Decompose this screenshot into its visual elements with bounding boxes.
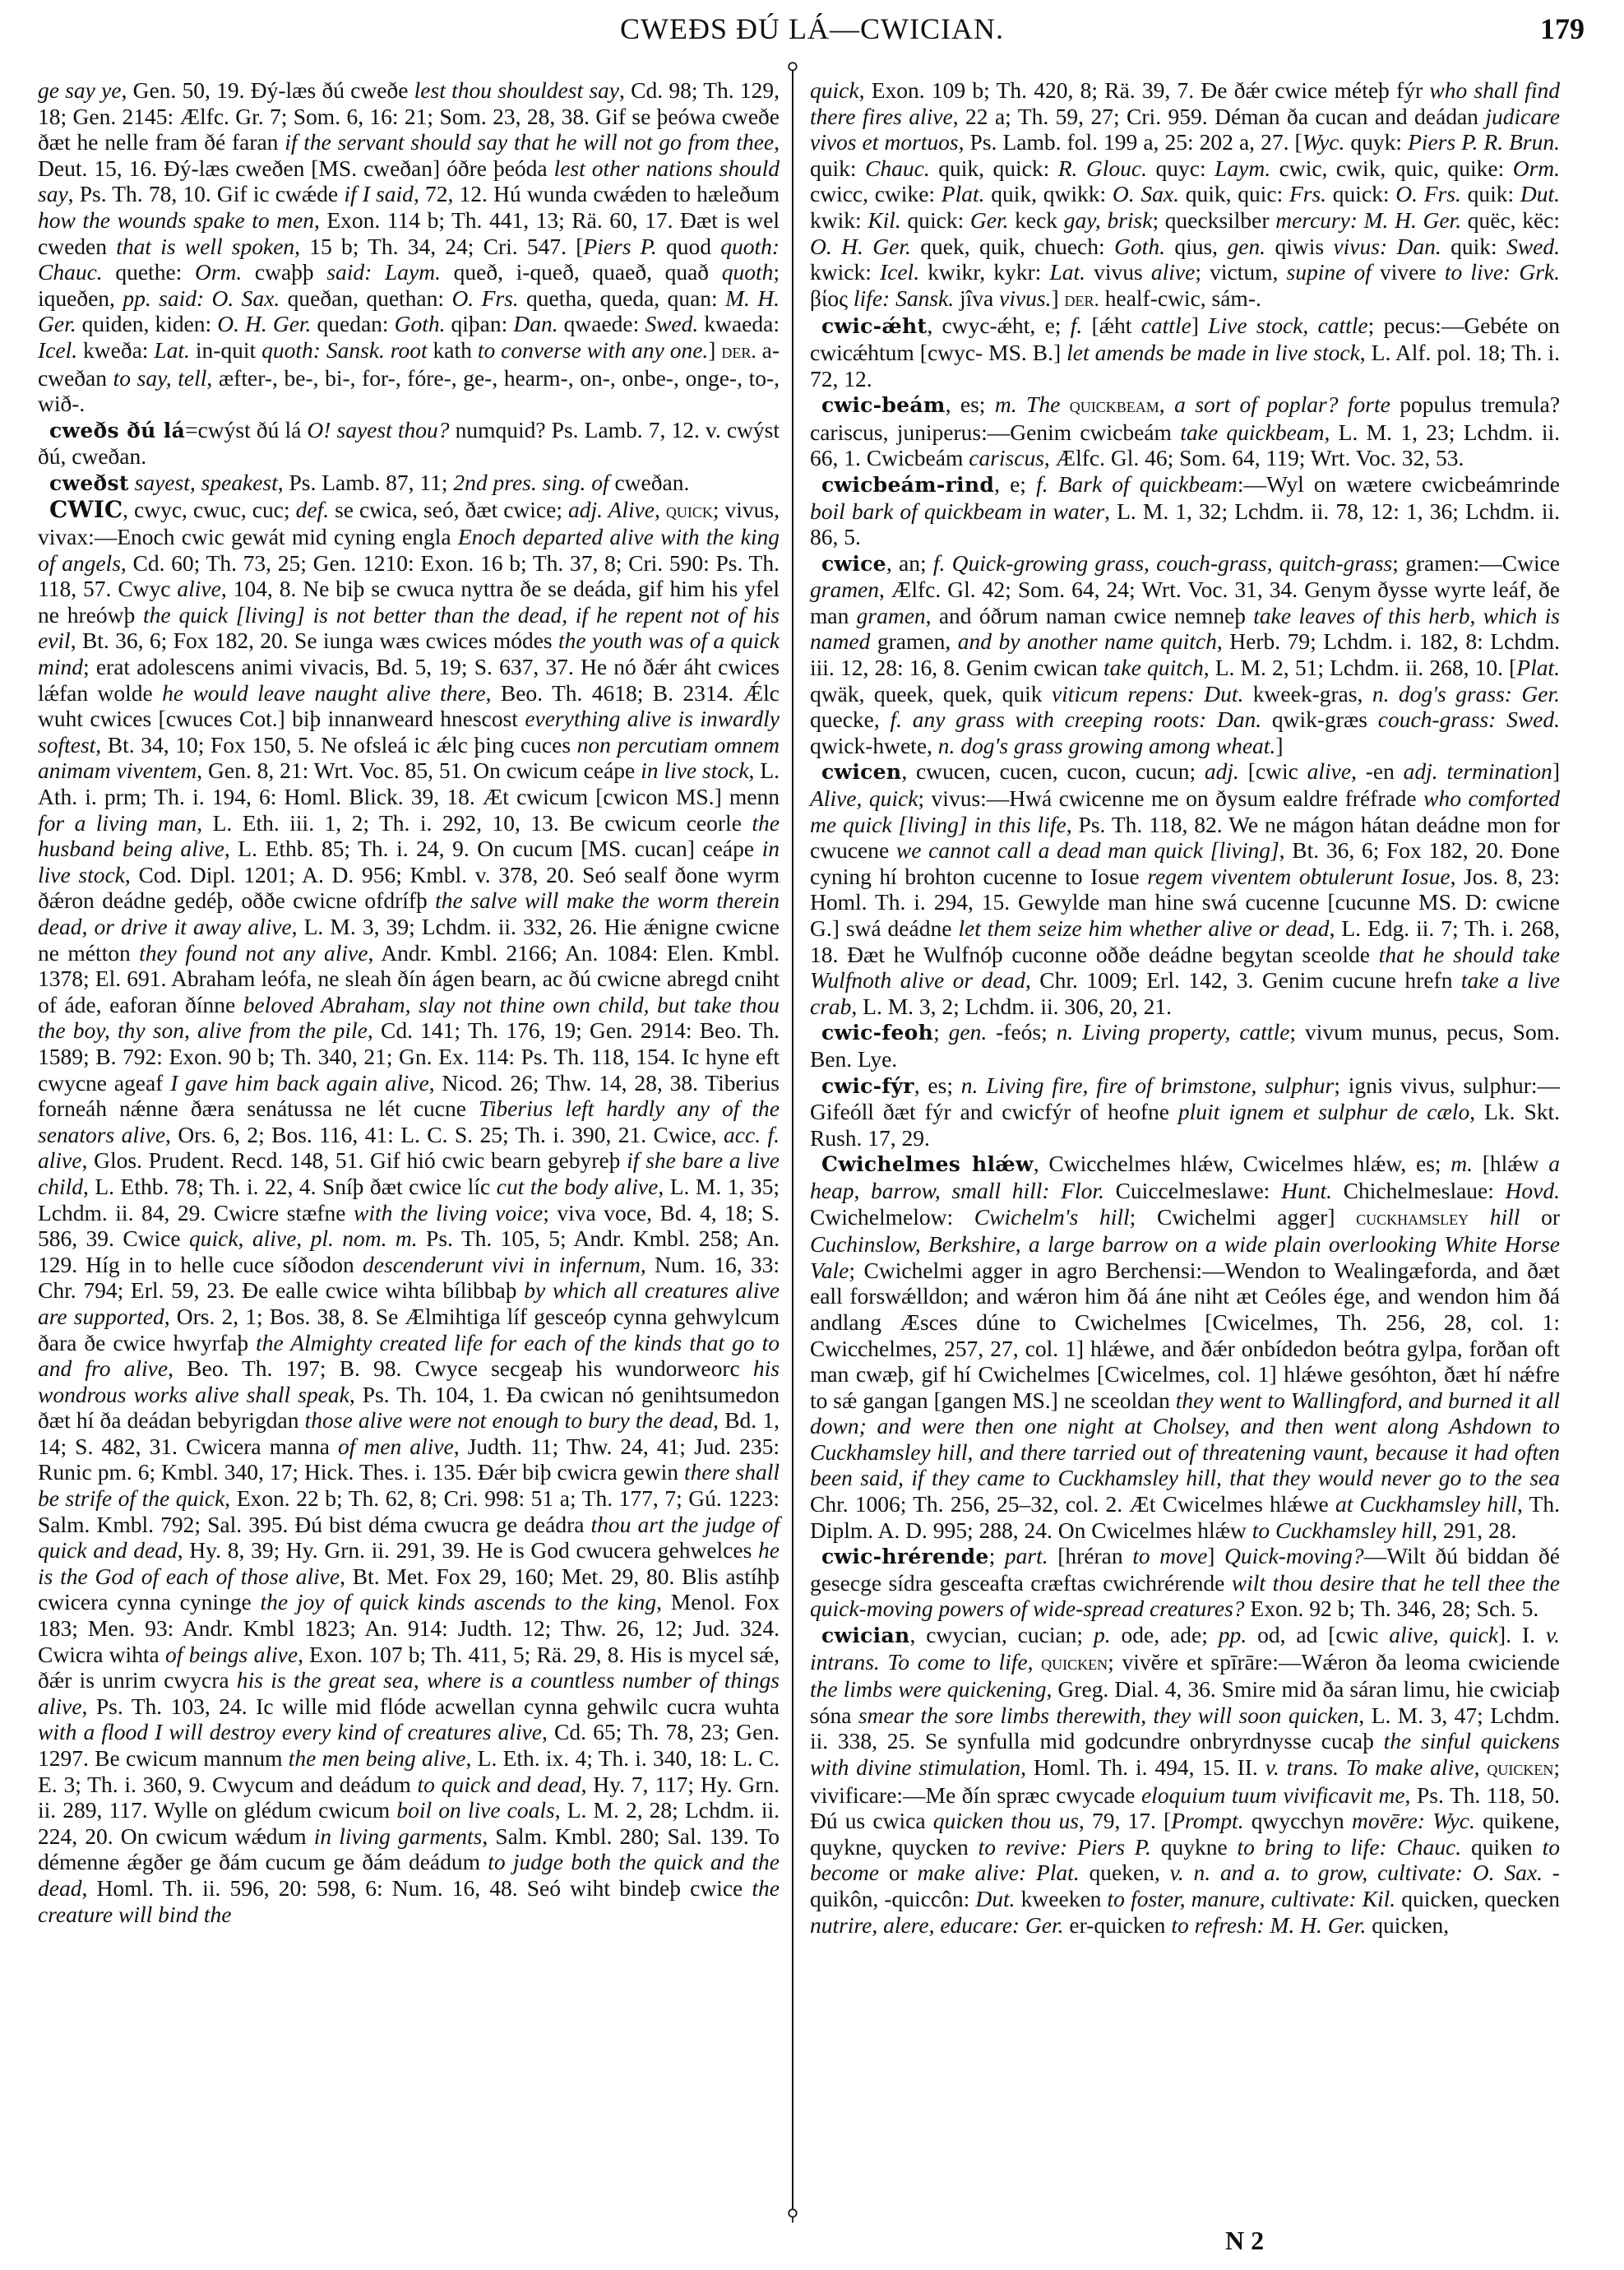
entry-text: let them seize him whether alive or dead — [958, 915, 1329, 941]
entry-text: hill — [1490, 1204, 1520, 1230]
entry-text: alive — [1151, 259, 1195, 285]
entry-text: kweek-gras, — [1243, 681, 1372, 706]
entry-text: cariscus — [969, 445, 1044, 470]
entry-text — [660, 497, 666, 522]
entry-text: βίος — [810, 285, 854, 311]
entry-text: Quick-moving? — [1224, 1543, 1364, 1568]
entry-headword: cwic-feoh — [821, 1021, 933, 1045]
entry-text: keck — [1008, 207, 1063, 233]
dictionary-entry: cweðst sayest, speakest, Ps. Lamb. 87, 1… — [38, 470, 780, 497]
entry-headword: cwic-fýr — [821, 1074, 914, 1098]
entry-text: quek, quik, chuech: — [911, 234, 1114, 259]
entry-text: Swed. — [645, 311, 698, 336]
entry-text: qiwis — [1265, 234, 1333, 259]
entry-text: , Beo. Th. 197; B. 98. Cwyce secgeaþ his… — [168, 1355, 753, 1381]
entry-text: quykne — [1151, 1834, 1238, 1860]
entry-text: , L. Eth. iii. 1, 2; Th. i. 292, 10, 13.… — [197, 810, 752, 836]
entry-text: v. n. and a. to grow, cultivate: O. Sax. — [1170, 1860, 1543, 1885]
entry-text: p. — [1094, 1622, 1111, 1647]
entry-text: , Homl. Th. ii. 596, 20: 598, 6: Num. 16… — [81, 1875, 752, 1901]
entry-headword: CWIC — [49, 496, 123, 523]
page-number: 179 — [1540, 12, 1585, 46]
entry-headword: cwician — [821, 1624, 909, 1647]
entry-text: , and óðrum naman cwice nemneþ — [926, 603, 1254, 628]
entry-text: , Gen. 50, 19. Ðý-læs ðú cweðe — [122, 77, 414, 103]
entry-text: Plat. — [942, 181, 985, 206]
entry-text: ] — [1052, 285, 1065, 311]
entry-text: [hlǽw — [1473, 1151, 1548, 1176]
entry-text: they found not any alive — [139, 940, 368, 966]
entry-text — [1033, 1649, 1041, 1675]
dictionary-entry: cwice, an; f. Quick-growing grass, couch… — [810, 550, 1560, 759]
entry-text: ; quecksilber — [1152, 207, 1275, 233]
entry-text: ; — [989, 1543, 1005, 1568]
entry-text: of men alive — [338, 1434, 454, 1459]
entry-headword: cwice — [821, 552, 886, 576]
entry-text: quick — [666, 499, 713, 522]
entry-text: f. any grass with creeping roots: Dan. — [890, 706, 1261, 732]
entry-text: vivus. — [999, 285, 1051, 311]
entry-text: quicken thou us — [933, 1808, 1079, 1833]
entry-text: gen. — [949, 1019, 988, 1045]
entry-text: , Ps. Th. 103, 24. Ic wille mid flóde ac… — [81, 1693, 780, 1719]
entry-text: ; gramen:—Cwice — [1392, 550, 1560, 576]
entry-text: , 72, 12. Hú wunda cwǽden to hæleðum — [414, 181, 780, 206]
entry-text: ] — [1191, 313, 1208, 338]
entry-text: quiden, kiden: — [76, 311, 218, 336]
dictionary-entry: cwic-beám, es; m. The quickbeam, a sort … — [810, 391, 1560, 471]
entry-text: Icel. — [880, 259, 919, 285]
column-rule-bottom-ornament-icon: ⚲ — [784, 2207, 801, 2227]
entry-text: , Ælfc. Gl. 46; Som. 64, 119; Wrt. Voc. … — [1044, 445, 1464, 470]
entry-text: Icel. — [38, 337, 77, 363]
entry-text: Lat. — [154, 337, 190, 363]
entry-text: gen. — [1227, 234, 1265, 259]
dictionary-entry: cwicbeám-rind, e; f. Bark of quickbeam:—… — [810, 471, 1560, 550]
entry-text: qwick-hwete, — [810, 733, 938, 758]
entry-text: alive — [177, 576, 220, 601]
entry-text: qwaede: — [558, 311, 645, 336]
entry-text: quik: — [810, 155, 865, 181]
entry-text: Exon. 92 b; Th. 346, 28; Sch. 5. — [1245, 1596, 1539, 1621]
entry-text: kath — [428, 337, 478, 363]
right-column: quick, Exon. 109 b; Th. 420, 8; Rä. 39, … — [810, 77, 1560, 1938]
entry-text: O! sayest thou? — [307, 417, 449, 442]
entry-text: pp. said: O. Sax. — [123, 285, 280, 311]
entry-text: Dut. — [1520, 181, 1560, 206]
entry-text: gramen — [857, 603, 926, 628]
entry-text: quoth — [722, 259, 774, 285]
entry-text: vivus: Dan. — [1333, 234, 1441, 259]
entry-text: vivere — [1372, 259, 1445, 285]
entry-text: at Cuckhamsley hill — [1335, 1491, 1517, 1517]
entry-text: quicken, quecken — [1395, 1886, 1560, 1911]
entry-headword: cwic-beám — [821, 393, 946, 417]
entry-text: od, ad [cwic — [1247, 1622, 1389, 1647]
entry-text: quick: — [1326, 181, 1395, 206]
entry-text: , an; — [886, 550, 933, 576]
entry-text: quecke, — [810, 706, 890, 732]
entry-text: adj. Alive, — [568, 497, 660, 522]
entry-text: quik, quick: — [930, 155, 1058, 181]
dictionary-entry: quick, Exon. 109 b; Th. 420, 8; Rä. 39, … — [810, 77, 1560, 313]
entry-text: Wyc. — [1302, 129, 1345, 155]
entry-text: -feós; — [987, 1019, 1056, 1045]
entry-text: vivus — [1085, 259, 1151, 285]
entry-text: Alive, quick — [810, 785, 918, 811]
entry-text: ] — [1207, 1543, 1224, 1568]
entry-text: R. Glouc. — [1058, 155, 1147, 181]
entry-text: , es; — [914, 1072, 961, 1098]
entry-text: quyk: — [1344, 129, 1408, 155]
page-header: CWEÐS ÐÚ LÁ—CWICIAN. 179 — [0, 12, 1624, 53]
entry-text: Swed. — [1506, 234, 1560, 259]
entry-text: said: Laym. — [326, 259, 441, 285]
entry-text: Lat. — [1049, 259, 1085, 285]
entry-text: boil bark of quickbeam in water — [810, 498, 1104, 524]
entry-text: er-quicken — [1064, 1912, 1172, 1938]
entry-text: Prompt. — [1171, 1808, 1243, 1833]
entry-text: how the wounds spake to men — [38, 207, 314, 233]
entry-text: gramen, — [870, 628, 957, 654]
entry-text: def. — [296, 497, 329, 522]
entry-text: ; — [933, 1019, 949, 1045]
entry-text: :—Wyl on wætere cwicbeámrinde — [1238, 471, 1560, 497]
entry-text: ] — [708, 337, 721, 363]
entry-text: with the living voice — [354, 1200, 543, 1225]
entry-text: make alive: Plat. — [918, 1860, 1080, 1885]
entry-text: ] — [1275, 733, 1283, 758]
entry-text: to bring to life: Chauc. — [1238, 1834, 1462, 1860]
entry-text: ] — [1552, 758, 1560, 784]
entry-text: der. — [1065, 288, 1099, 311]
entry-text: quiken — [1461, 1834, 1542, 1860]
entry-text: , cwucen, cucen, cucon, cucun; — [901, 758, 1205, 784]
entry-text: he would leave naught alive there — [162, 680, 486, 706]
entry-text: gramen — [810, 577, 879, 602]
entry-text: to quick and dead — [418, 1772, 581, 1797]
entry-text: quëc, këc: — [1461, 207, 1560, 233]
entry-text: cut the body alive — [497, 1174, 659, 1199]
entry-text: kwaeda: — [698, 311, 780, 336]
entry-text: v. trans. To make alive, — [1265, 1754, 1480, 1780]
entry-text: quick: — [901, 207, 970, 233]
entry-text: ; Cwichelmi agger] — [1130, 1204, 1356, 1230]
running-head: CWEÐS ÐÚ LÁ—CWICIAN. — [0, 12, 1624, 46]
dictionary-entry: cwic-fýr, es; n. Living fire, fire of br… — [810, 1072, 1560, 1151]
entry-text: Hunt. — [1281, 1178, 1332, 1203]
entry-text — [129, 470, 135, 495]
entry-headword: cweðs ðú lá — [49, 419, 185, 442]
entry-text: =cwýst ðú lá — [185, 417, 307, 442]
entry-text: , Gen. 8, 21: Wrt. Voc. 85, 51. On cwicu… — [197, 757, 641, 783]
entry-text: qiþan: — [445, 311, 513, 336]
dictionary-entry: cwician, cwycian, cucian; p. ode, ade; p… — [810, 1622, 1560, 1938]
entry-text: , Cwicchelmes hlǽw, Cwicelmes hlǽw, es; — [1034, 1151, 1451, 1176]
entry-text: alive — [1307, 758, 1351, 784]
entry-text: quicken, — [1366, 1912, 1449, 1938]
entry-text: [hréran — [1048, 1543, 1133, 1568]
entry-text: n. dog's grass growing among wheat. — [938, 733, 1276, 758]
entry-text: O. Sax. — [1113, 181, 1179, 206]
entry-text: Plat. — [1516, 655, 1560, 680]
entry-text: quedan: — [311, 311, 394, 336]
entry-text: f. — [1071, 313, 1083, 338]
entry-text: Cuiccelmeslawe: — [1104, 1178, 1281, 1203]
entry-text: qwäk, queek, quek, quik — [810, 681, 1052, 706]
entry-text: to Cuckhamsley hill — [1252, 1517, 1432, 1543]
dictionary-entry: cweðs ðú lá=cwýst ðú lá O! sayest thou? … — [38, 417, 780, 470]
entry-headword: cwic-ǽht — [821, 314, 927, 338]
entry-text: qius, — [1165, 234, 1228, 259]
entry-text: Ger. — [970, 207, 1009, 233]
entry-text: smear the sore limbs therewith, they wil… — [858, 1702, 1359, 1728]
entry-text: pp. — [1219, 1622, 1247, 1647]
entry-text: quik: — [1441, 234, 1506, 259]
entry-text: pluit ignem et sulphur de cælo — [1178, 1099, 1469, 1124]
entry-text: quickbeam — [1070, 394, 1159, 417]
entry-text: Kil. — [868, 207, 901, 233]
entry-text: Dan. — [513, 311, 558, 336]
entry-text: regem viventem obtulerunt Iosue — [1147, 864, 1450, 889]
entry-text: , e; — [994, 471, 1036, 497]
entry-text: eloquium tuum vivificavit me — [1141, 1782, 1405, 1808]
column-divider — [792, 71, 793, 2209]
entry-text: cuckhamsley — [1356, 1207, 1469, 1230]
entry-text: take quickbeam — [1180, 419, 1324, 445]
entry-text: Hovd. — [1506, 1178, 1560, 1203]
entry-text: to foster, manure, cultivate: Kil. — [1108, 1886, 1396, 1911]
entry-text: quethe: — [103, 259, 195, 285]
entry-text: Goth. — [1114, 234, 1165, 259]
entry-text: quik, quic: — [1179, 181, 1289, 206]
entry-text: Chauc. — [865, 155, 930, 181]
entry-text: quick — [810, 77, 859, 103]
entry-text: Cwichelm's hill — [974, 1204, 1130, 1230]
entry-text: [ǽht — [1082, 313, 1141, 338]
entry-text: , Ps. Th. 78, 10. Gif ic cwǽde — [68, 181, 345, 206]
entry-text: , cwyc-ǽht, e; — [927, 313, 1070, 338]
entry-text: to revive: Piers P. — [979, 1834, 1151, 1860]
entry-text: , 79, 17. [ — [1079, 1808, 1171, 1833]
entry-text: supine of — [1287, 259, 1372, 285]
dictionary-entry: cwic-feoh; gen. -feós; n. Living propert… — [810, 1019, 1560, 1072]
entry-text: , Bt. 36, 6; Fox 182, 20. Se iunga wæs c… — [71, 628, 558, 653]
entry-text: der. — [721, 340, 756, 363]
entry-text: Dut. — [975, 1886, 1015, 1911]
entry-text: , L. M. 2, 51; Lchdm. ii. 268, 10. [ — [1204, 655, 1517, 680]
dictionary-entry: ge say ye, Gen. 50, 19. Ðý-læs ðú cweðe … — [38, 77, 780, 417]
entry-text: , 22 a; Th. 59, 27; Cri. 959. Déman ða c… — [953, 104, 1486, 129]
entry-text: if I said — [344, 181, 414, 206]
entry-text: f. Bark of quickbeam — [1036, 471, 1238, 497]
entry-text: , 291, 28. — [1432, 1517, 1516, 1543]
entry-text: in live stock — [641, 757, 748, 783]
entry-text: kwick: — [810, 259, 880, 285]
entry-text: [cwic — [1239, 758, 1307, 784]
dictionary-entry: Cwichelmes hlǽw, Cwicchelmes hlǽw, Cwice… — [810, 1151, 1560, 1543]
entry-text: and by another name quitch — [958, 628, 1217, 654]
entry-text: to say, tell — [113, 365, 207, 391]
entry-text: queðan, quethan: — [280, 285, 451, 311]
entry-text: O. Frs. — [1395, 181, 1461, 206]
entry-text: qwycchyn — [1244, 1808, 1352, 1833]
entry-text: , Bt. 34, 10; Fox 150, 5. Ne ofsleá ic ǽ… — [95, 732, 576, 757]
entry-text: jîva — [954, 285, 999, 311]
entry-text: Live stock, cattle — [1208, 313, 1367, 338]
entry-text: healf-cwic, sám-. — [1099, 285, 1261, 311]
entry-text: in living garments — [314, 1823, 483, 1849]
entry-text: Chr. 1006; Th. 256, 25–32, col. 2. Æt Cw… — [810, 1491, 1335, 1517]
entry-headword: cwicbeám-rind — [821, 473, 994, 497]
entry-text — [1469, 1204, 1490, 1230]
printer-signature-mark: N 2 — [1225, 2226, 1264, 2256]
entry-text: ; vivus:—Hwá cwicenne me on ðysum ealdre… — [918, 785, 1423, 811]
entry-text: a sort of poplar? forte — [1174, 391, 1390, 417]
entry-text: , Ors. 6, 2; Bos. 116, 41: L. C. S. 25; … — [165, 1122, 724, 1147]
entry-text: part. — [1005, 1543, 1048, 1568]
entry-text: , Homl. Th. i. 494, 15. II. — [1020, 1754, 1265, 1780]
entry-text: O. H. Ger. — [217, 311, 311, 336]
entry-text: m. The — [995, 391, 1060, 417]
entry-text: life: Sansk. — [854, 285, 954, 311]
entry-text: let amends be made in live stock — [1066, 340, 1360, 365]
entry-text: , L. Ethb. 85; Th. i. 24, 9. On cucum [M… — [224, 836, 762, 861]
entry-text: Cwichelmelow: — [810, 1204, 974, 1230]
left-column: ge say ye, Gen. 50, 19. Ðý-læs ðú cweðe … — [38, 77, 780, 1927]
entry-text: , — [1159, 391, 1174, 417]
entry-text: to converse with any one. — [478, 337, 708, 363]
entry-text: , Ps. Lamb. fol. 199 a, 25: 202 a, 27. [ — [959, 129, 1302, 155]
entry-text: mercury: M. H. Ger. — [1275, 207, 1461, 233]
entry-text: the limbs were quickening — [810, 1676, 1046, 1702]
entry-text: to refresh: M. H. Ger. — [1171, 1912, 1366, 1938]
entry-text: , Hy. 8, 39; Hy. Grn. ii. 291, 39. He is… — [178, 1537, 758, 1563]
entry-text: Piers P. — [583, 234, 656, 259]
dictionary-entry: cwic-ǽht, cwyc-ǽht, e; f. [ǽht cattle] L… — [810, 313, 1560, 391]
entry-text: O. Frs. — [451, 285, 518, 311]
entry-text: I gave him back again alive — [170, 1070, 429, 1096]
entry-text: kwikr, kykr: — [919, 259, 1049, 285]
entry-text: 2nd pres. sing. of — [453, 470, 608, 495]
entry-text: , Exon. 109 b; Th. 420, 8; Rä. 39, 7. Ðe… — [859, 77, 1430, 103]
entry-text: quetha, queda, quan: — [519, 285, 725, 311]
entry-text: kweeken — [1016, 1886, 1108, 1911]
entry-text: cwic, cwik, quic, quike: — [1270, 155, 1513, 181]
entry-text: f. Quick-growing grass, couch-grass, qui… — [933, 550, 1392, 576]
entry-text: nutrire, alere, educare: Ger. — [810, 1912, 1064, 1938]
entry-headword: cwicen — [821, 760, 901, 784]
entry-text: boil on live coals — [396, 1797, 554, 1823]
entry-text: m. — [1450, 1151, 1473, 1176]
entry-text: n. Living property, cattle — [1057, 1019, 1290, 1045]
entry-text: adj. termination — [1404, 758, 1552, 784]
entry-text: cattle — [1141, 313, 1191, 338]
entry-text: quoth: Sansk. root — [261, 337, 428, 363]
entry-text: adj. — [1205, 758, 1239, 784]
entry-text: n. Living fire, fire of brimstone, sulph… — [961, 1072, 1334, 1098]
entry-text: those alive were not enough to bury the … — [305, 1407, 713, 1433]
entry-text — [1060, 391, 1069, 417]
entry-text: , Glos. Prudent. Recd. 148, 51. Gif hió … — [81, 1147, 627, 1173]
entry-text: with a flood I will destroy every kind o… — [38, 1719, 542, 1744]
entry-text: cweðan. — [609, 470, 690, 495]
entry-text: quicken — [1487, 1757, 1553, 1780]
entry-text: or — [1520, 1204, 1560, 1230]
entry-text: se cwica, seó, ðæt cwice; — [329, 497, 568, 522]
entry-text: viticum repens: Dut. — [1052, 681, 1243, 706]
entry-text: kweða: — [77, 337, 154, 363]
entry-text: we cannot call a dead man quick [living] — [896, 837, 1279, 863]
entry-text: ge say ye — [38, 77, 122, 103]
entry-text: or — [879, 1860, 918, 1885]
entry-text: quik, qwikk: — [985, 181, 1113, 206]
entry-text: that is well spoken — [116, 234, 294, 259]
entry-headword: cweðst — [49, 471, 129, 495]
entry-text: , es; — [946, 391, 995, 417]
entry-text: , L. Ethb. 78; Th. i. 22, 4. Sníþ ðæt cw… — [83, 1174, 497, 1199]
entry-headword: cwic-hrérende — [821, 1545, 989, 1568]
entry-text: ; victum, — [1195, 259, 1286, 285]
entry-text: ; vivĕre et spīrāre:—Wǽron ða leoma cwic… — [1108, 1649, 1560, 1675]
entry-text: in-quit — [190, 337, 261, 363]
entry-text: , cwyc, cwuc, cuc; — [123, 497, 295, 522]
entry-text: Orm. — [195, 259, 242, 285]
entry-text: Laym. — [1215, 155, 1270, 181]
dictionary-entry: CWIC, cwyc, cwuc, cuc; def. se cwica, se… — [38, 497, 780, 1928]
entry-text: quod — [657, 234, 720, 259]
entry-text: alive, quick — [1389, 1622, 1498, 1647]
entry-text: , cwycian, cucian; — [909, 1622, 1094, 1647]
entry-text: O. H. Ger. — [810, 234, 911, 259]
entry-text: quicken — [1041, 1652, 1108, 1675]
entry-text: Piers P. R. Brun. — [1408, 129, 1560, 155]
entry-text: to move — [1132, 1543, 1207, 1568]
entry-text: descenderunt vivi in infernum — [363, 1252, 641, 1277]
entry-text: of beings alive — [165, 1642, 298, 1667]
entry-text: queð, i-queð, quaeð, quað — [441, 259, 722, 285]
entry-text: sayest, speakest — [135, 470, 278, 495]
entry-text: quik: — [1461, 181, 1520, 206]
entry-text: movēre: Wyc. — [1352, 1808, 1475, 1833]
entry-text: n. dog's grass: Ger. — [1372, 681, 1560, 706]
entry-text: Goth. — [395, 311, 446, 336]
entry-headword: Cwichelmes hlǽw — [821, 1152, 1034, 1176]
entry-text: queken, — [1080, 1860, 1170, 1885]
entry-text: to live: Grk. — [1445, 259, 1560, 285]
entry-text: Chichelmeslaue: — [1332, 1178, 1506, 1203]
entry-text: for a living man — [38, 810, 197, 836]
entry-text: , L. M. 3, 2; Lchdm. ii. 306, 20, 21. — [851, 994, 1172, 1019]
entry-text: ]. I. — [1498, 1622, 1546, 1647]
entry-text: the men being alive — [289, 1745, 466, 1771]
entry-text: , Chr. 1009; Erl. 142, 3. Genim cucune h… — [1025, 967, 1461, 993]
entry-text: the joy of quick kinds ascends to the ki… — [260, 1589, 656, 1614]
entry-text: cwicc, cwike: — [810, 181, 942, 206]
entry-text: , -en — [1351, 758, 1404, 784]
dictionary-entry: cwicen, cwucen, cucen, cucon, cucun; adj… — [810, 758, 1560, 1019]
entry-text: gay, brisk — [1064, 207, 1153, 233]
entry-text: if the servant should say that he will n… — [285, 129, 774, 155]
entry-text: qwik-græs — [1261, 706, 1378, 732]
entry-text: Frs. — [1289, 181, 1326, 206]
entry-text: kwik: — [810, 207, 868, 233]
entry-text: quick, alive, pl. nom. m. — [189, 1225, 418, 1251]
entry-text: quyc: — [1147, 155, 1215, 181]
entry-text: , Ps. Lamb. 87, 11; — [278, 470, 454, 495]
entry-text: cwaþþ — [242, 259, 326, 285]
entry-text: ode, ade; — [1111, 1622, 1219, 1647]
